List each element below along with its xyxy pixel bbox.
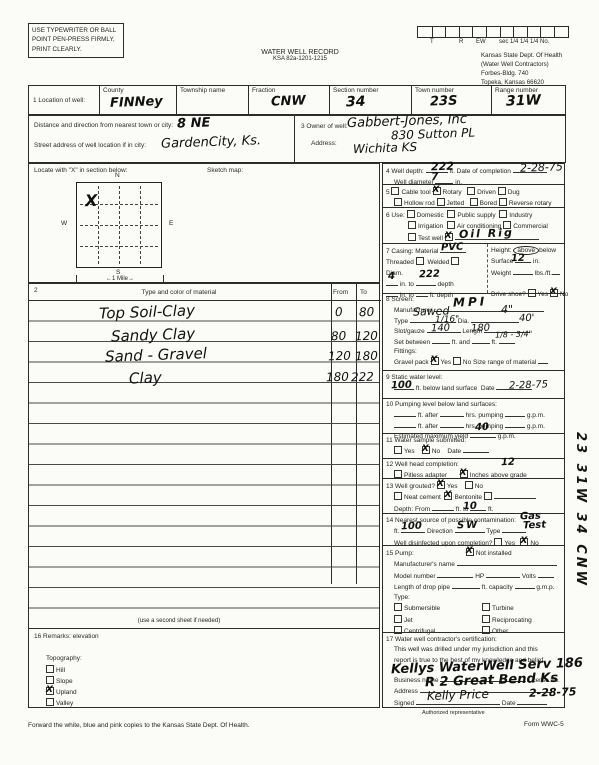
ft-label: ft.	[488, 506, 493, 513]
code-cell	[418, 27, 432, 37]
blank-line	[394, 421, 416, 428]
cell-owner: 3 Owner of well: Gabbert-Jones, Inc Addr…	[294, 116, 565, 162]
material-row-4: Clay	[129, 368, 162, 387]
set-from-value: 140	[431, 322, 451, 336]
section-distance-owner: Distance and direction from nearest town…	[28, 115, 566, 163]
weight-label: Weight	[491, 270, 511, 277]
ft-label: ft.	[394, 528, 399, 535]
form-number: Form WWC-5	[524, 721, 564, 728]
cable-tool-checkbox	[391, 187, 399, 195]
direction-label: Direction	[427, 528, 453, 535]
reciprocating-label: Reciprocating	[492, 617, 532, 624]
sketch-grid-line	[80, 225, 158, 226]
no-label: No	[475, 483, 483, 490]
cell-section-number: Section number 34	[329, 86, 411, 114]
casing-diam-value: 4	[388, 269, 396, 285]
bored-label: Bored	[480, 200, 497, 207]
sample-yes-checkbox	[394, 446, 402, 454]
section-11-water-sample: 11 Water sample submitted: Yes XNo Date	[382, 433, 565, 459]
owner-address-label: Address:	[311, 140, 337, 147]
driven-label: Driven	[477, 189, 496, 196]
section-11-label: 11 Water sample submitted:	[386, 437, 466, 444]
pump-manufacturer-label: Manufacturer's name	[394, 561, 455, 568]
section-number-value: 34	[346, 94, 366, 111]
blank-line	[432, 337, 450, 344]
form-title: WATER WELL RECORD	[235, 49, 365, 56]
cell-town-number: Town number 23S	[411, 86, 491, 114]
section-10-label: 10 Pumping level below land surfaces:	[386, 401, 497, 408]
compass-west: W	[61, 220, 67, 227]
dept-address-block: Kansas State Dept. Of Health (Water Well…	[481, 52, 562, 88]
blank-line	[452, 582, 480, 589]
irrigation-checkbox	[408, 221, 416, 229]
form-title-block: WATER WELL RECORD KSA 82a-1201-1215	[235, 49, 365, 62]
grid-label-r: R	[459, 39, 463, 45]
reverse-rotary-checkbox	[499, 198, 507, 206]
hill-label: Hill	[56, 667, 65, 674]
bored-checkbox	[470, 198, 478, 206]
water-well-record-form: USE TYPEWRITER OR BALL POINT PEN-PRESS F…	[0, 0, 599, 765]
signature-value: Kelly Price	[427, 685, 490, 706]
no-label: No	[432, 448, 440, 455]
section-16-remarks: 16 Remarks: elevation Topography: Hill S…	[28, 628, 380, 708]
cell-county: County FINNey	[99, 86, 176, 114]
hrs-pumping-label: hrs. pumping	[466, 412, 504, 419]
section-1-label: 1 Location of well:	[33, 97, 85, 104]
section-number-label: Section number	[333, 87, 408, 94]
industry-label: Industry	[509, 212, 532, 219]
grout-depth-label: Depth: From	[394, 506, 430, 513]
section-6-label: 6 Use:	[386, 212, 405, 219]
cell-fraction: Fraction CNW	[248, 86, 329, 114]
size-range-label: No Size range of material	[463, 359, 536, 366]
township-label: Township name	[180, 87, 245, 94]
from-row-2: 80	[331, 329, 347, 344]
grouted-yes-checkbox: X	[437, 481, 445, 489]
threaded-checkbox	[416, 257, 424, 265]
set-between-label: Set between	[394, 339, 430, 346]
height-label: Height:	[491, 247, 512, 254]
ft-after-label: ft. after	[418, 423, 438, 430]
compass-east: E	[169, 220, 173, 227]
county-value: FINNey	[110, 94, 163, 111]
hollow-rod-checkbox	[394, 198, 402, 206]
section-10-pumping-level: 10 Pumping level below land surfaces: ft…	[382, 398, 565, 434]
county-label: County	[103, 87, 173, 94]
certification-body-1: This well was drilled under my jurisdict…	[394, 646, 538, 653]
to-row-1: 80	[359, 305, 375, 320]
slot-gauze-label: Slot/gauze	[394, 328, 425, 335]
check-x: X	[460, 468, 467, 478]
completion-date-value: 2-28-75	[520, 160, 563, 176]
dug-label: Dug	[508, 189, 520, 196]
material-header: Type and color of material	[29, 289, 329, 296]
contamination-ft-value: 100	[401, 519, 422, 536]
turbine-label: Turbine	[492, 605, 514, 612]
driven-checkbox	[467, 187, 475, 195]
contamination-test-value: Test	[523, 518, 547, 535]
date-label: Date	[447, 448, 461, 455]
depth-mid-label: ft. Date of completion	[449, 168, 510, 175]
grout-other-checkbox	[484, 492, 492, 500]
threaded-label: Threaded	[386, 259, 414, 266]
valley-label: Valley	[56, 700, 73, 707]
from-header: From	[333, 289, 348, 296]
to-row-3: 180	[355, 349, 378, 364]
gravel-yes-checkbox: X	[431, 357, 439, 365]
form-statute: KSA 82a-1201-1215	[235, 56, 365, 62]
from-row-1: 0	[335, 305, 343, 319]
well-x-mark: X	[85, 191, 98, 210]
section-8-screen: 8 Screen: Manufacturer Type Dia. Slot/ga…	[382, 293, 565, 371]
range-number-value: 31W	[506, 92, 541, 109]
section-12-well-head: 12 Well head completion: Pitless adapter…	[382, 458, 565, 479]
material-row-3: Sand - Gravel	[105, 344, 208, 366]
welded-label: Welded	[427, 259, 449, 266]
blank-line	[394, 410, 416, 417]
bentonite-checkbox: X	[444, 492, 452, 500]
test-well-label: Test well	[418, 235, 443, 242]
section-8-label: 8 Screen:	[386, 296, 414, 303]
check-x: X	[444, 490, 451, 500]
jetted-checkbox	[437, 198, 445, 206]
sketch-grid-line	[80, 246, 158, 247]
yes-label: Yes	[441, 359, 452, 366]
slope-label: Slope	[56, 678, 73, 685]
blank-line	[486, 571, 520, 578]
well-diameter-value: 7	[431, 170, 439, 185]
rotary-checkbox: X	[433, 187, 441, 195]
blank-line	[434, 305, 544, 312]
section-17-label: 17 Water well contractor's certification…	[386, 636, 497, 643]
type-label: Type	[486, 528, 500, 535]
pitless-checkbox	[394, 470, 402, 478]
drop-pipe-label: Length of drop pipe	[394, 584, 450, 591]
section-4-well-depth: 4 Well depth: ft. Date of completion Wel…	[382, 163, 565, 185]
cell-range-number: Range number 31W	[491, 86, 567, 114]
to-row-4: 222	[351, 370, 374, 385]
section-1-location: 1 Location of well: County FINNey Townsh…	[28, 85, 566, 115]
in-to-label: in. to	[400, 281, 414, 288]
yes-label: Yes	[447, 483, 458, 490]
signed-label: Signed	[394, 700, 414, 707]
inches-above-grade-value: 12	[501, 456, 515, 470]
section-7-label: 7 Casing:	[386, 248, 413, 255]
air-conditioning-checkbox	[447, 221, 455, 229]
contamination-direction-value: SW	[457, 518, 480, 535]
blank-line	[440, 410, 464, 417]
section-7-casing: 7 Casing: Material Threaded Welded Diam.…	[382, 243, 565, 294]
check-x: X	[433, 185, 440, 195]
ft-after-label: ft. after	[418, 412, 438, 419]
not-installed-label: Not installed	[476, 550, 512, 557]
one-mile-label: 1 Mile	[112, 276, 128, 282]
cable-tool-label: Cable tool	[401, 189, 430, 196]
gravel-no-checkbox	[453, 357, 461, 365]
dug-checkbox	[498, 187, 506, 195]
topography-label: Topography:	[46, 655, 82, 662]
neat-cement-checkbox	[394, 492, 402, 500]
grouted-no-checkbox	[465, 481, 473, 489]
valley-checkbox	[46, 698, 54, 706]
topo-hill: Hill	[46, 665, 65, 674]
reciprocating-checkbox	[482, 615, 490, 623]
instruction-line: USE TYPEWRITER OR BALL	[32, 26, 120, 35]
section-9-static-level: 9 Static water level: ft. below land sur…	[382, 370, 565, 399]
code-cell	[472, 27, 486, 37]
sketch-area: Locate with "X" in section below: Sketch…	[28, 163, 380, 283]
topo-slope: Slope	[46, 676, 73, 685]
capacity-label: ft. capacity	[482, 584, 513, 591]
commercial-label: Commercial	[513, 223, 548, 230]
in-label: in.	[533, 258, 540, 265]
set-to-value: 180	[471, 322, 491, 336]
screen-length-value: 40'	[519, 312, 535, 326]
weight-unit: lbs./ft.	[535, 270, 552, 277]
cert-address-label: Address	[394, 688, 418, 695]
owner-address-2: Wichita KS	[353, 140, 418, 156]
section-15-pump: 15 Pump:XNot installed Manufacturer's na…	[382, 545, 565, 633]
sample-no-checkbox: X	[422, 446, 430, 454]
hp-label: HP	[475, 573, 484, 580]
authorized-representative-label: Authorized representative	[422, 710, 485, 716]
date-label: Date	[481, 385, 495, 392]
blank-line	[463, 446, 489, 453]
blank-line	[505, 410, 525, 417]
owner-label: 3 Owner of well:	[301, 123, 348, 130]
arrow-right-icon: →	[128, 276, 134, 282]
submersible-label: Submersible	[404, 605, 440, 612]
distance-label: Distance and direction from nearest town…	[34, 122, 173, 129]
location-code-grid	[417, 26, 569, 38]
hollow-rod-label: Hollow rod	[404, 200, 435, 207]
below-label: below	[539, 247, 556, 254]
check-x: X	[431, 355, 438, 365]
blank-line	[538, 357, 548, 364]
grid-label-t: T	[430, 39, 434, 45]
grid-label-sec: sec 1/4 1/4 1/4 No.	[499, 39, 549, 45]
sketch-map-label: Sketch map:	[207, 167, 243, 174]
check-x: X	[437, 479, 444, 489]
section-12-label: 12 Well head completion:	[386, 461, 459, 468]
check-x: X	[466, 546, 473, 556]
code-cell	[500, 27, 514, 37]
screen-manufacturer-value: MPI	[453, 293, 488, 310]
slope-checkbox	[46, 676, 54, 684]
date-label: Date	[502, 700, 516, 707]
domestic-label: Domestic	[417, 212, 444, 219]
industry-checkbox	[499, 210, 507, 218]
gpm-label: g.p.m.	[527, 412, 545, 419]
cert-date-value: 2-28-75	[529, 683, 577, 702]
gmp-label: g.m.p.	[536, 584, 554, 591]
grid-label-ew: EW	[476, 39, 486, 45]
instruction-line: POINT PEN-PRESS FIRMLY,	[32, 35, 120, 44]
from-row-3: 120	[328, 349, 351, 364]
gravel-pack-label: Gravel pack	[394, 359, 429, 366]
town-number-value: 23S	[430, 94, 458, 110]
section-6-use: 6 Use: Domestic Public supply Industry I…	[382, 207, 565, 244]
turbine-checkbox	[482, 603, 490, 611]
other-use-value: Oil Rig	[459, 224, 514, 243]
screen-dia-value: 4"	[501, 303, 514, 318]
casing-depth-value: 222	[419, 267, 440, 284]
section-5-number: 5	[386, 189, 390, 196]
compass-north: N	[115, 172, 120, 179]
blank-line	[505, 421, 525, 428]
pump-type-label: Type:	[394, 594, 410, 601]
section-14-contamination: 14 Nearest source of possible contaminat…	[382, 513, 565, 546]
margin-note: 23 31W 34 CNW	[573, 432, 588, 588]
instruction-line: PRINT CLEARLY.	[32, 45, 120, 54]
section-15-label: 15 Pump:	[386, 550, 414, 557]
locate-label: Locate with "X" in section below:	[34, 167, 128, 174]
fittings-label: Fittings:	[394, 348, 417, 355]
upland-label: Upland	[56, 689, 77, 696]
neat-cement-label: Neat cement	[404, 494, 441, 501]
second-sheet-note: (use a second sheet if needed)	[29, 618, 329, 624]
test-well-checkbox	[408, 233, 416, 241]
blank-line	[472, 337, 490, 344]
casing-right-column: Height: abovebelow Surface in. Weight lb…	[487, 244, 567, 293]
code-cell	[486, 27, 500, 37]
public-supply-label: Public supply	[457, 212, 495, 219]
blank-line	[440, 421, 464, 428]
blank-line	[457, 559, 557, 566]
material-row-2: Sandy Clay	[111, 325, 196, 346]
code-cell	[540, 27, 554, 37]
from-row-4: 180	[326, 370, 349, 385]
blank-line	[538, 571, 554, 578]
street-value: GardenCity, Ks.	[161, 133, 262, 151]
to-header: To	[360, 289, 367, 296]
not-installed-checkbox: X	[466, 548, 474, 556]
submersible-checkbox	[394, 603, 402, 611]
yes-label: Yes	[404, 448, 415, 455]
screen-type-label: Type	[394, 318, 408, 325]
volts-label: Volts	[522, 573, 536, 580]
cell-township: Township name	[176, 86, 248, 114]
hill-checkbox	[46, 665, 54, 673]
dept-line: Forbes-Bldg. 740	[481, 70, 562, 79]
section-13-label: 13 Well grouted?	[386, 483, 435, 490]
fraction-label: Fraction	[252, 87, 326, 94]
code-cell	[513, 27, 527, 37]
jetted-label: Jetted	[447, 200, 465, 207]
blank-line	[437, 571, 473, 578]
section-2-material-table: 2 Type and color of material From To Top…	[28, 283, 380, 629]
code-cell	[459, 27, 473, 37]
gpm-label: g.p.m.	[527, 423, 545, 430]
welded-checkbox	[451, 257, 459, 265]
section-4-label: 4 Well depth:	[386, 168, 424, 175]
rotary-label: Rotary	[443, 189, 462, 196]
reverse-rotary-label: Reverse rotary	[509, 200, 552, 207]
code-cell	[527, 27, 541, 37]
jet-label: Jet	[404, 617, 413, 624]
ft-and-label: ft. and	[452, 339, 470, 346]
surface-height-value: 12	[511, 251, 525, 267]
topo-valley: Valley	[46, 698, 73, 707]
dept-line: (Water Well Contractors)	[481, 61, 562, 70]
domestic-checkbox	[407, 210, 415, 218]
static-level-date: 2-28-75	[509, 377, 549, 394]
instruction-box: USE TYPEWRITER OR BALL POINT PEN-PRESS F…	[28, 23, 124, 58]
street-label: Street address of well location if in ci…	[34, 142, 146, 149]
topo-upland: XUpland	[46, 687, 77, 696]
distance-value: 8 NE	[177, 115, 211, 131]
check-x: X	[46, 685, 53, 695]
upland-checkbox: X	[46, 687, 54, 695]
inches-above-grade-checkbox: X	[460, 470, 468, 478]
code-cell	[432, 27, 446, 37]
public-supply-checkbox	[447, 210, 455, 218]
code-cell	[445, 27, 459, 37]
section-17-certification: 17 Water well contractor's certification…	[382, 632, 565, 708]
section-16-label: 16 Remarks: elevation	[34, 633, 99, 640]
check-x: X	[422, 444, 429, 454]
static-level-value: 100	[391, 378, 412, 395]
blank-line	[494, 492, 536, 499]
blank-line	[515, 582, 535, 589]
fraction-value: CNW	[271, 93, 306, 109]
model-number-label: Model number	[394, 573, 436, 580]
casing-material-value: PVC	[441, 240, 464, 257]
dept-line: Kansas State Dept. Of Health	[481, 52, 562, 61]
section-square: X	[76, 182, 162, 268]
irrigation-label: Irrigation	[418, 223, 443, 230]
blank-line	[513, 268, 533, 275]
gravel-size-value: 1/8 - 3/4"	[495, 329, 533, 341]
material-label: Material	[415, 248, 438, 255]
one-mile-scale: ←1 Mile→	[76, 275, 164, 283]
section-5-drill-method: 5 Cable tool XRotary Driven Dug Hollow r…	[382, 184, 565, 208]
blank-line	[432, 504, 454, 511]
material-row-1: Top Soil-Clay	[99, 301, 196, 322]
code-cell	[554, 27, 568, 37]
jet-checkbox	[394, 615, 402, 623]
to-row-2: 120	[355, 329, 378, 344]
forward-copies-note: Forward the white, blue and pink copies …	[28, 722, 250, 729]
blank-line	[552, 268, 560, 275]
static-level-text: ft. below land surface	[416, 385, 477, 392]
